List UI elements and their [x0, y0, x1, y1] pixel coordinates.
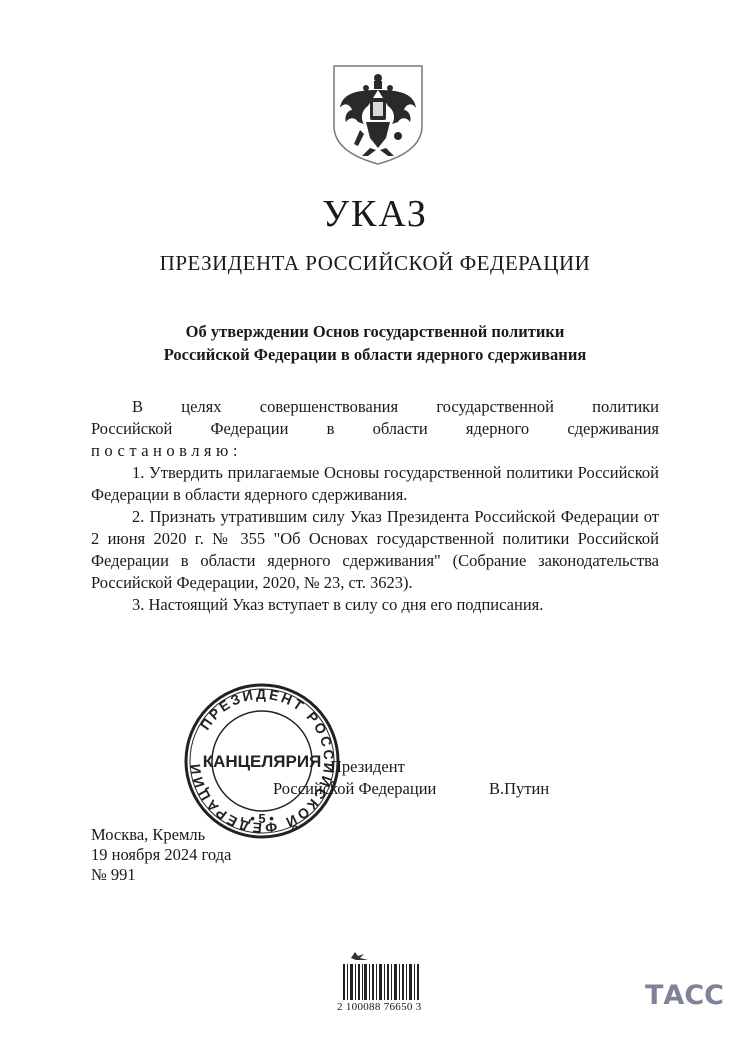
signature-position-line-2: Российской Федерации	[273, 779, 436, 799]
heading-line-1: Об утверждении Основ государственной пол…	[0, 320, 750, 343]
preamble-line-1: В целях совершенствования государственно…	[91, 396, 659, 418]
official-seal: ПРЕЗИДЕНТ РОССИЙСКОЙ ФЕДЕРАЦИИ КАНЦЕЛЯРИ…	[182, 681, 342, 841]
document-heading: Об утверждении Основ государственной пол…	[0, 320, 750, 366]
document-subtitle: ПРЕЗИДЕНТА РОССИЙСКОЙ ФЕДЕРАЦИИ	[0, 250, 750, 276]
signing-details: Москва, Кремль 19 ноября 2024 года № 991	[91, 825, 231, 885]
preamble-line-3: постановляю:	[91, 440, 659, 462]
signature-position-line-1: Президент	[330, 757, 405, 777]
preamble-line-2: Российской Федерации в области ядерного …	[91, 418, 659, 440]
signing-date: 19 ноября 2024 года	[91, 845, 231, 865]
signature-name: В.Путин	[489, 779, 549, 799]
item-2: 2. Признать утратившим силу Указ Президе…	[91, 506, 659, 594]
barcode-number: 2 100088 76650 3	[337, 1001, 422, 1013]
decree-number: № 991	[91, 865, 231, 885]
item-3: 3. Настоящий Указ вступает в силу со дня…	[91, 594, 659, 616]
document-body: В целях совершенствования государственно…	[91, 396, 659, 616]
signing-place: Москва, Кремль	[91, 825, 231, 845]
coat-of-arms-icon	[330, 64, 426, 166]
tass-watermark: ТАСС	[645, 980, 724, 1011]
svg-text:• 5 •: • 5 •	[250, 811, 274, 826]
heading-line-2: Российской Федерации в области ядерного …	[0, 343, 750, 366]
document-title: УКАЗ	[0, 192, 750, 236]
seal-center-text: КАНЦЕЛЯРИЯ	[203, 752, 322, 771]
item-1: 1. Утвердить прилагаемые Основы государс…	[91, 462, 659, 506]
